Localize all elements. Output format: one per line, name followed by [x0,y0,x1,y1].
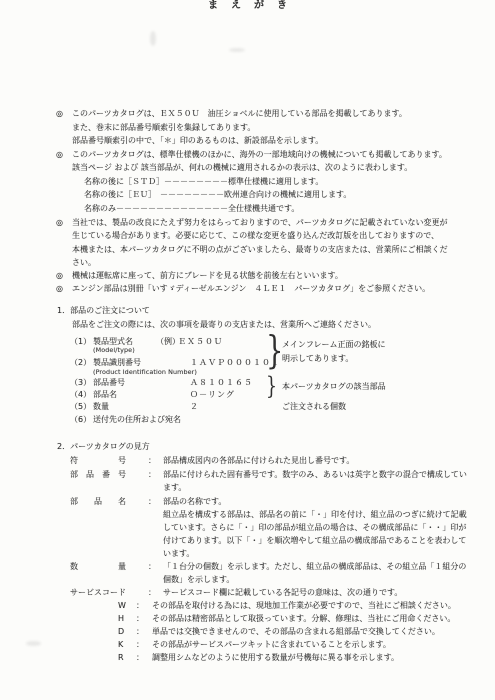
row-service-code-label: サービスコード [70,587,126,598]
brace2-note: 本パーツカタログの該当部品 [282,381,386,392]
bullet-marker-icon: ◎ [56,149,63,160]
brace1-note-line1: メインフレーム正面の銘板に [282,339,386,350]
bullet-marker-icon: ◎ [56,283,63,294]
row-buhin-mei-para2: しています。さらに「・」印の部品が組立品の場合は、その構成部品に「・・」印が [163,522,466,533]
scan-artifact [26,641,41,646]
preface-b1-line1: このパーツカタログは、ＥＸ５０Ｕ 油圧ショベルに使用している部品を掲載してありま… [72,108,407,119]
item1-value: ＥＸ５０Ｕ [178,336,223,347]
colon: ： [136,600,144,611]
code-w-desc: その部品を取付ける為には、現地加工作業が必要ですので、当社にご相談ください。 [152,600,456,611]
item1-sublabel: (Model/type) [93,345,135,356]
row-fugo-label: 符 号 [70,455,126,466]
item3-label: 部品番号 [93,377,125,388]
row-service-code-desc: サービスコード欄に記載している各記号の意味は、次の通りです。 [163,587,402,598]
item6-number: （6） [70,414,91,425]
preface-b2-line2: 該当ページ および 該当部品が、何れの機械に適用されるかの表示は、次のように表わ… [72,162,412,173]
section1-intro: 部品をご注文の際には、次の事項を最寄りの支店または、営業所へご連絡ください。 [72,319,376,330]
colon: ： [148,561,156,572]
preface-b3-line2: 生じている場合があります。必要に応じて、この様な変更を盛り込んだ改訂版を出してお… [72,230,439,241]
preface-b2-line1: このパーツカタログは、標準仕様機のほかに、海外の一部地域向けの機械についても掲載… [72,149,447,160]
brace-items-1-2: } [266,331,283,369]
row-suryo-desc2: 個数」を示します。 [163,574,234,585]
code-d-desc: 単品では交換できませんので、その部品の含まれる組部品で交換してください。 [152,626,440,637]
code-w-letter: W [118,600,126,611]
item5-value: ２ [190,401,199,412]
preface-b2-sub3: 名称のみ－－－－－－－－－－－－－－全仕様機共通です。 [84,203,299,214]
row-buhin-mei-desc: 部品の名称です。 [163,496,226,507]
preface-b3-line4: さい。 [72,257,96,268]
row-buhin-mei-para3: 付けてあります。以下「・」を順次増やして組立品の構成部品であることを表わして [163,535,466,546]
item4-number: （4） [70,389,91,400]
page-title: まえがき [0,0,495,11]
colon: ： [148,469,156,480]
item5-note: ご注文される個数 [282,401,346,412]
code-k-letter: K [118,639,123,650]
row-buhin-mei-label: 部 品 名 [70,496,126,507]
item1-number: （1） [70,336,91,347]
row-fugo-desc: 部品構成図内の各部品に付けられた見出し番号です。 [163,455,354,466]
item3-value: Ａ８１０１６５ [190,377,253,388]
scan-artifact [229,48,245,52]
row-suryo-label: 数 量 [70,561,126,572]
section2-heading: 2．パーツカタログの見方 [57,441,150,452]
scan-artifact [150,31,156,46]
code-h-desc: その部品は精密部品として取扱っています。分解、修理は、当社にご用命ください。 [152,613,455,624]
item3-number: （3） [70,377,91,388]
code-h-letter: H [118,613,124,624]
colon: ： [148,455,156,466]
item2-number: （2） [70,357,91,368]
scanned-document-page: まえがき ◎ このパーツカタログは、ＥＸ５０Ｕ 油圧ショベルに使用している部品を… [0,0,495,700]
code-r-desc: 調整用シムなどのように使用する数量が号機毎に異る事を示します。 [152,652,399,663]
code-r-letter: R [118,652,124,663]
colon: ： [136,652,144,663]
preface-b3-line3: 本機または、本パーツカタログに不明の点がございましたら、最寄りの支店または、営業… [72,244,448,255]
item5-number: （5） [70,401,91,412]
colon: ： [136,626,144,637]
row-buhin-bango-desc1: 部品に付けられた固有番号です。数字のみ、あるいは英字と数字の混合で構成してい [163,469,467,480]
row-buhin-bango-label: 部 品 番 号 [70,469,126,480]
colon: ： [148,587,156,598]
item1-example-label: （例） [156,336,180,347]
brace-items-3-4: } [266,374,277,398]
item6-label: 送付先の住所および宛名 [93,414,181,425]
code-d-letter: D [118,626,124,637]
code-k-desc: その部品がサービスパーツキットに含まれていることを示します。 [152,639,391,650]
preface-b3-line1: 当社では、製品の改良にたえず努力をはらっておりますので、パーツカタログに記載され… [72,217,448,228]
preface-b2-sub2: 名称の後に［ＥＵ］ －－－－－－－－欧州連合向けの機械に適用します。 [84,189,351,200]
preface-b2-sub1: 名称の後に［ＳＴＤ］－－－－－－－－標準仕様機に適用します。 [84,176,323,187]
preface-b1-line3: 部品番号順索引の中で、「＊」印のあるものは、新設部品を示します。 [72,135,323,146]
preface-b5-line1: エンジン部品は別冊「いすゞディーゼルエンジン ４ＬＥ１ パーツカタログ」をご参照… [72,283,430,294]
colon: ： [136,639,144,650]
colon: ： [136,613,144,624]
row-buhin-bango-desc2: ます。 [163,482,186,493]
row-buhin-mei-para4: います。 [163,548,194,559]
row-buhin-mei-para1: 組立品を構成する部品は、部品名の前に「・」印を付け、組立品のつぎに続けて記載 [163,509,467,520]
item4-value: Ｏ－リング [190,389,235,400]
preface-b4-line1: 機械は運転席に座って、前方にブレードを見る状態を前後左右といいます。 [72,270,343,281]
bullet-marker-icon: ◎ [56,217,63,228]
row-suryo-desc1: 「１台分の個数」を示します。ただし、組立品の構成部品は、その組立品「１組分の [163,561,466,572]
item4-label: 部品名 [93,389,117,400]
preface-b1-line2: また、巻末に部品番号順索引を集録してあります。 [72,122,255,133]
section1-heading: 1．部品のご注文について [57,305,150,316]
bullet-marker-icon: ◎ [56,270,63,281]
item5-label: 数量 [93,401,109,412]
colon: ： [148,496,156,507]
bullet-marker-icon: ◎ [56,108,63,119]
brace1-note-line2: 明示してあります。 [282,353,353,364]
